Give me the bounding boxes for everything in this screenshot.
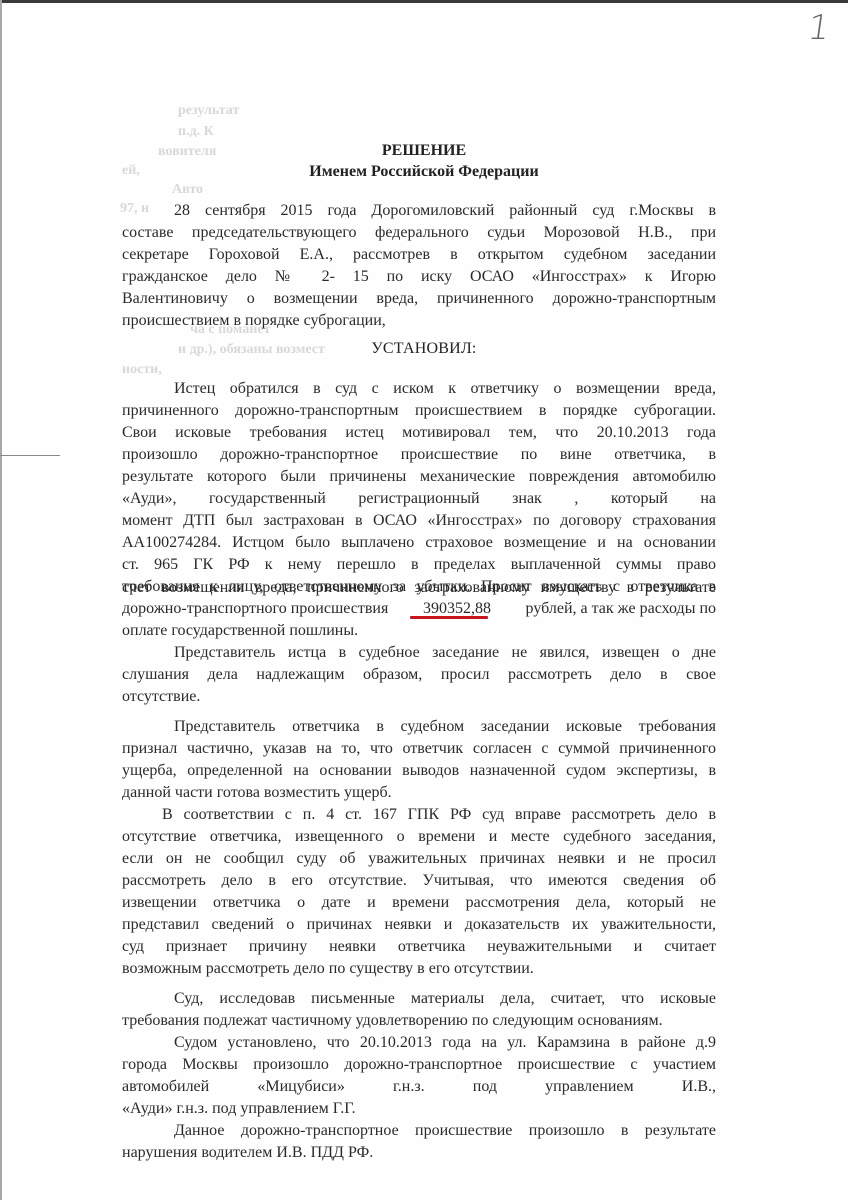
text-line: «Ауди», государственный регистрационный …	[122, 489, 716, 509]
text-line: признал частично, указав на то, что отве…	[122, 739, 716, 759]
text-line: отсутствие.	[122, 687, 716, 707]
text-line: происшествием в порядке суброгации,	[122, 311, 716, 331]
document-title: РЕШЕНИЕ	[0, 142, 848, 160]
text-line: отсутствие ответчика, извещенного о врем…	[122, 827, 716, 847]
amount-line-suffix: рублей, а так же расходы по	[526, 599, 716, 619]
bleed-through-text: Авто	[172, 182, 203, 198]
text-line: 28 сентября 2015 года Дорогомиловский ра…	[174, 201, 716, 221]
text-line: произошло дорожно-транспортное происшест…	[122, 445, 716, 465]
text-line: если он не сообщил суду об уважительных …	[122, 849, 716, 869]
text-line: представил сведений о причинах неявки и …	[122, 915, 716, 935]
text-line: возможным рассмотреть дело по существу в…	[122, 959, 716, 979]
bleed-through-text: 97, н	[120, 201, 149, 217]
text-line: Данное дорожно-транспортное происшествие…	[174, 1121, 716, 1141]
text-line: результате которого были причинены механ…	[122, 467, 716, 487]
text-line: ст. 965 ГК РФ к нему перешло в пределах …	[122, 555, 716, 575]
handwritten-page-number: 1	[805, 8, 832, 48]
text-line: счет возмещения вреда, причиненного заст…	[122, 578, 716, 598]
text-line: оплате государственной пошлины.	[122, 621, 716, 641]
text-line: В соответствии с п. 4 ст. 167 ГПК РФ суд…	[162, 805, 716, 825]
scan-edge-mark	[0, 455, 60, 456]
text-line: секретаре Гороховой Е.А., рассмотрев в о…	[122, 245, 716, 265]
text-line: Истец обратился в суд с иском к ответчик…	[174, 379, 716, 399]
bleed-through-text: п.д. К	[178, 124, 214, 140]
scanned-page: 1 результат п.д. К вовителя ей, Авто 97,…	[0, 0, 848, 1200]
text-line: АА100274284. Истцом было выплачено страх…	[122, 533, 716, 553]
text-line: Свои исковые требования истец мотивирова…	[122, 423, 716, 443]
text-line: Представитель ответчика в судебном засед…	[174, 717, 716, 737]
text-line: ущерба, определенной на основании выводо…	[122, 761, 716, 781]
text-line: слушания дела надлежащим образом, просил…	[122, 665, 716, 685]
scan-edge-top	[0, 0, 848, 3]
text-line: момент ДТП был застрахован в ОСАО «Ингос…	[122, 511, 716, 531]
text-line: Суд, исследовав письменные материалы дел…	[174, 989, 716, 1009]
text-line: причиненного дорожно-транспортным происш…	[122, 401, 716, 421]
amount-line-prefix: дорожно-транспортного происшествия	[122, 599, 388, 619]
text-line: «Ауди» г.н.з. под управлением Г.Г.	[122, 1099, 716, 1119]
text-line: Представитель истца в судебное заседание…	[174, 643, 716, 663]
text-line: автомобилей «Мицубиси» г.н.з. под управл…	[122, 1077, 716, 1097]
text-line: города Москвы произошло дорожно-транспор…	[122, 1055, 716, 1075]
section-heading: УСТАНОВИЛ:	[0, 340, 848, 358]
text-line: гражданское дело № 2- 15 по иску ОСАО «И…	[122, 267, 716, 287]
text-line: Судом установлено, что 20.10.2013 года н…	[174, 1033, 716, 1053]
text-line: нарушения водителем И.В. ПДД РФ.	[122, 1143, 716, 1163]
text-line: требования подлежат частичному удовлетво…	[122, 1011, 716, 1031]
bleed-through-text: ности,	[122, 362, 162, 378]
bleed-through-text: результат	[178, 103, 239, 119]
text-line: суд признает причину неявки ответчика не…	[122, 937, 716, 957]
text-line: Валентиновичу о возмещении вреда, причин…	[122, 289, 716, 309]
text-line: извещении ответчика о дате и времени рас…	[122, 893, 716, 913]
text-line: данной части готова возместить ущерб.	[122, 783, 716, 803]
document-subtitle: Именем Российской Федерации	[0, 163, 848, 181]
text-line: составе председательствующего федерально…	[122, 223, 716, 243]
text-line: рассмотреть дело в его отсутствие. Учиты…	[122, 871, 716, 891]
red-highlight-underline	[410, 616, 488, 619]
